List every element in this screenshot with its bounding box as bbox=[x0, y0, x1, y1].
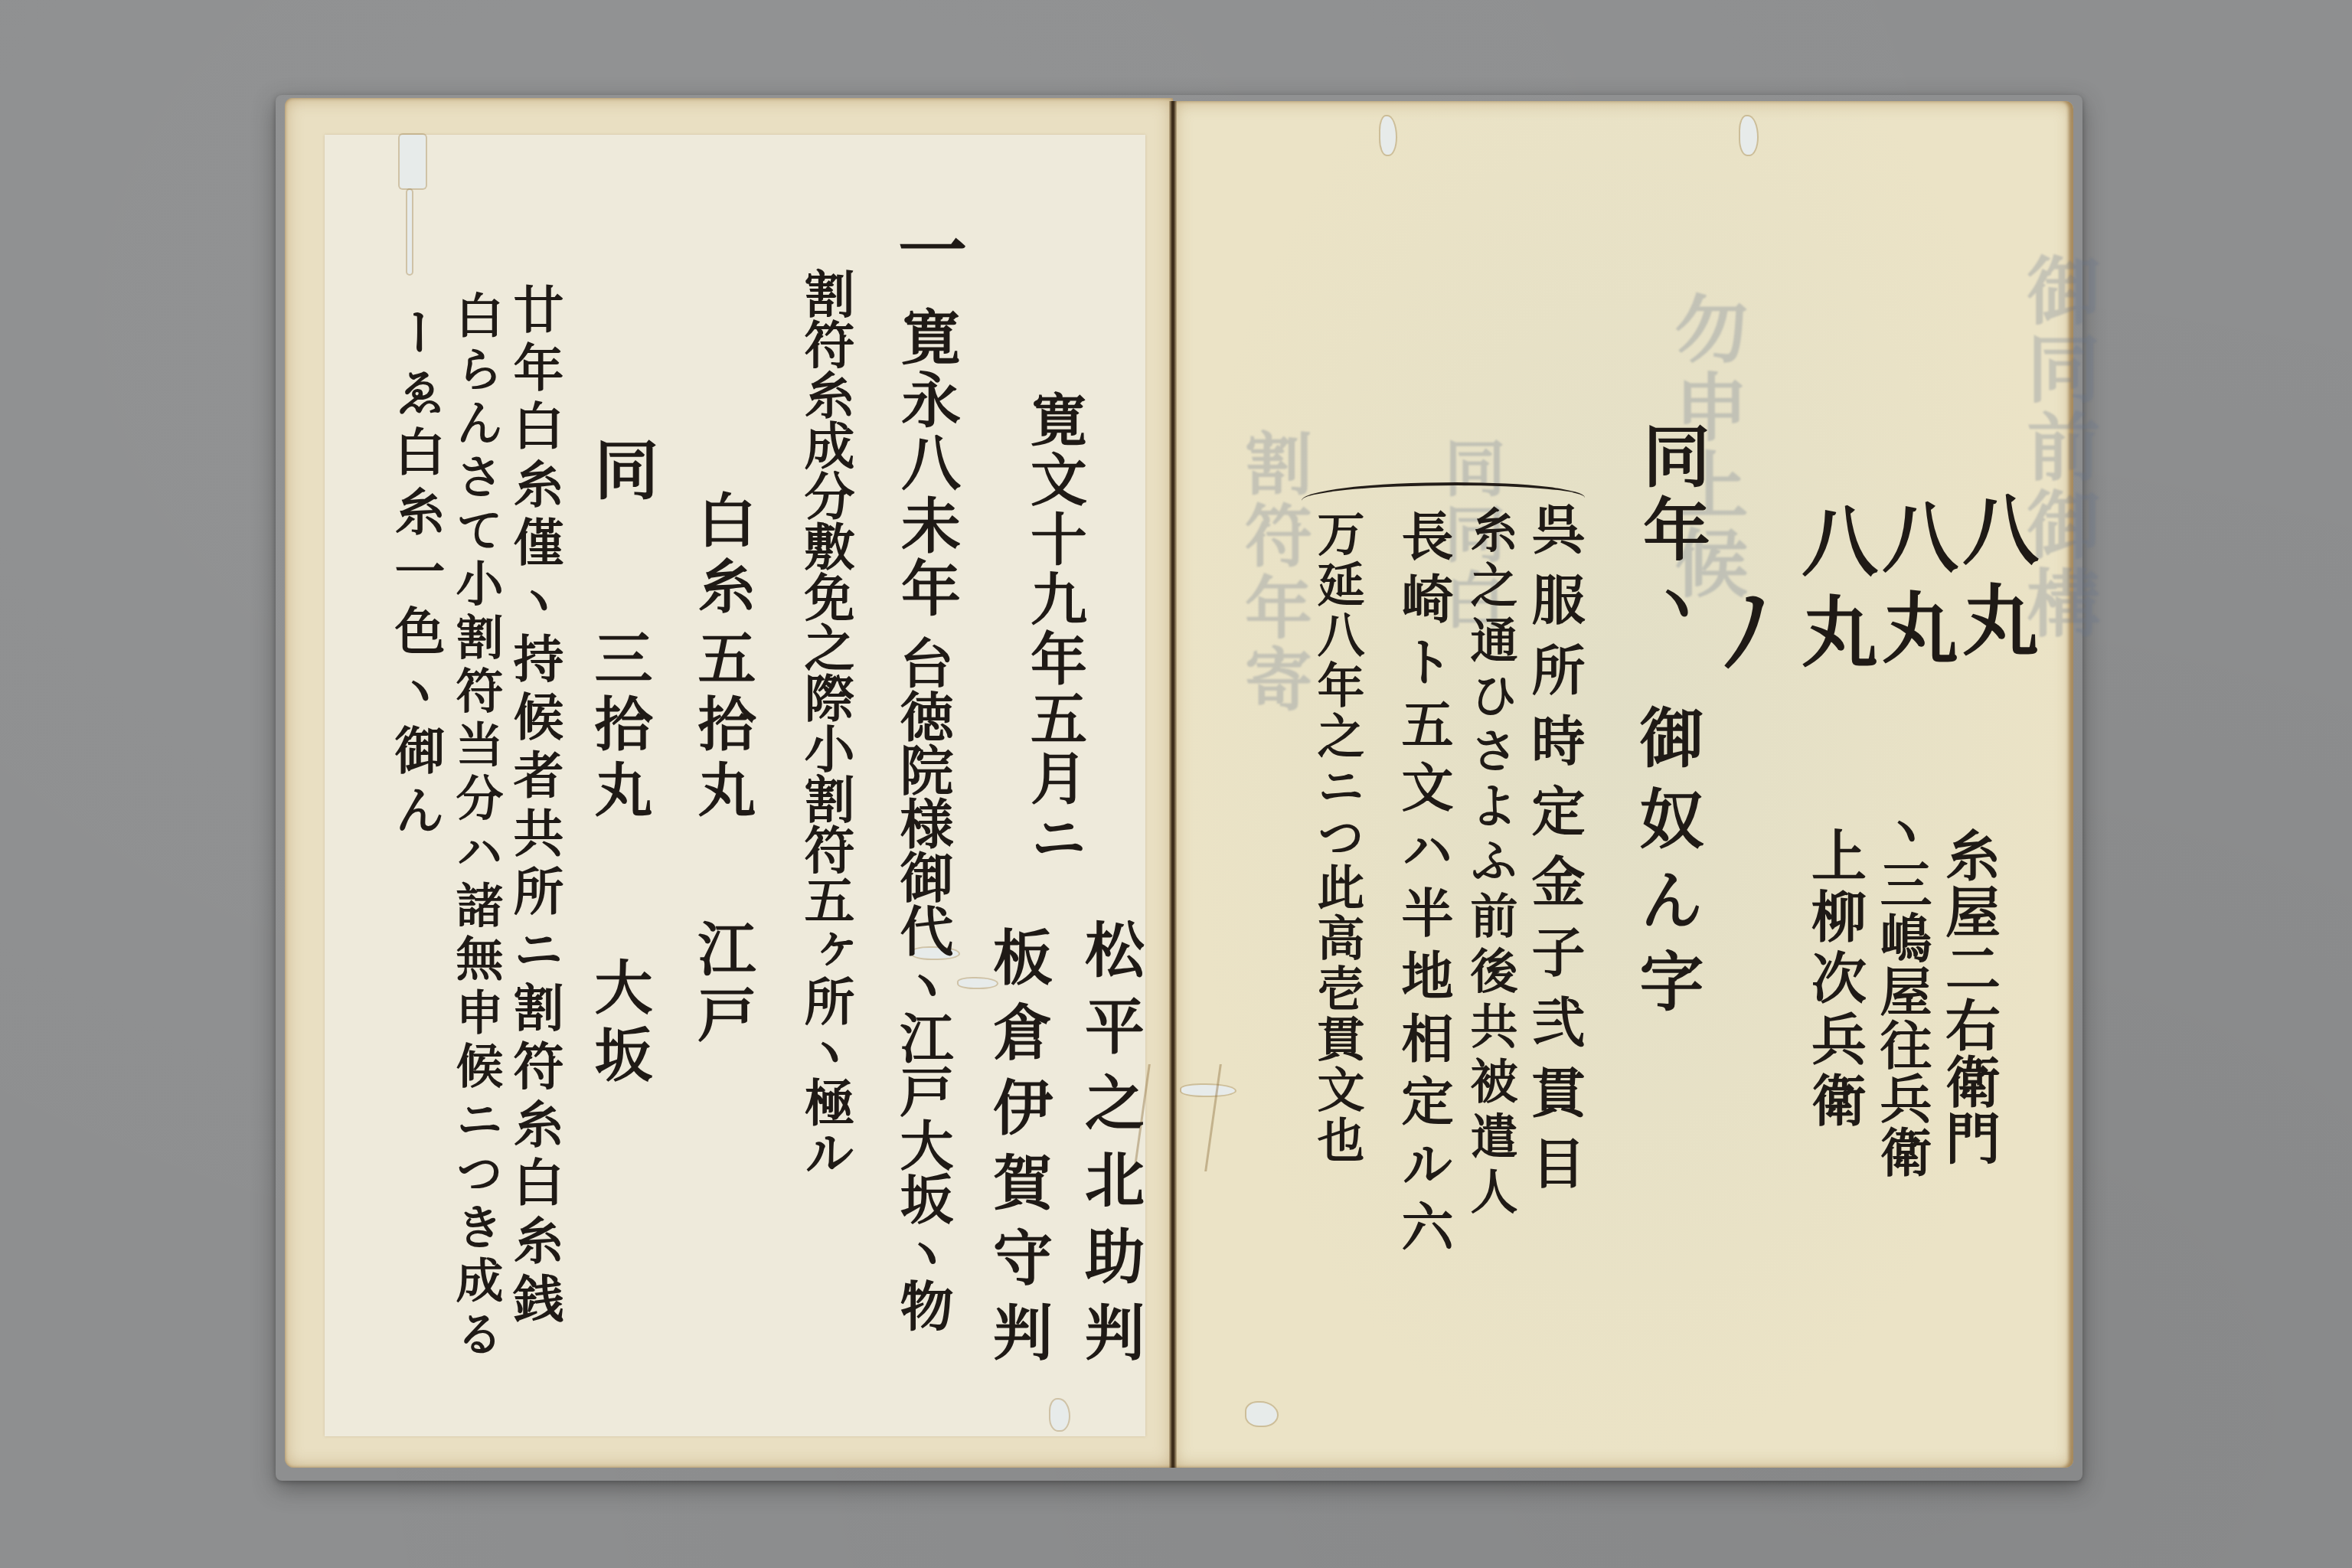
text-column: 割符糸成分敷免之際小割符五ヶ所ヽ極ル bbox=[800, 268, 851, 1178]
text-column: 糸之通ひさよふ前後共被遣人 bbox=[1466, 505, 1514, 1222]
section-marker: 一 bbox=[892, 214, 961, 283]
paper-repair-patch bbox=[400, 135, 426, 188]
paper-damage-streak bbox=[407, 190, 412, 274]
text-column: 長崎ト五文ハ半地相定ル六 bbox=[1397, 509, 1449, 1263]
text-column: 御奴ん字 bbox=[1635, 704, 1699, 1029]
text-column: 三拾丸 bbox=[590, 628, 648, 825]
text-column: 白らんさて小割符当分ハ諸無申候ニつき成る bbox=[452, 291, 499, 1363]
text-column: 八丸 bbox=[1876, 498, 1952, 678]
text-column: 台徳院様御代ヽ江戸大坂ヽ物 bbox=[896, 635, 949, 1332]
text-column: ヽ三嶋屋往兵衛 bbox=[1876, 804, 1928, 1179]
text-column: 呉服所時定金子弐貫目 bbox=[1527, 501, 1581, 1206]
text-column: 上柳次兵衛 bbox=[1807, 827, 1862, 1133]
text-column: 同 bbox=[590, 436, 654, 501]
text-column: 廿年白糸僅ヽ持候者共所ニ割符糸白糸銭 bbox=[509, 283, 560, 1331]
text-column: 寛永八未年 bbox=[896, 306, 955, 620]
bleed-through-text: 割符年寄 bbox=[1240, 429, 1308, 717]
text-column: 八丸 bbox=[1956, 490, 2033, 671]
text-column: 同年ヽ bbox=[1638, 421, 1706, 642]
text-column: 糸屋二右衛門 bbox=[1941, 827, 1996, 1167]
text-column: 万延八年之ニつ此高壱貫文也 bbox=[1313, 509, 1361, 1166]
text-column: 寛文十九年五月ニ bbox=[1026, 390, 1083, 868]
text-column: 松平之北助判 bbox=[1080, 919, 1139, 1378]
wormhole-damage bbox=[1740, 116, 1757, 155]
text-column: 江戸 bbox=[693, 919, 751, 1050]
wormhole-damage bbox=[1050, 1400, 1069, 1430]
text-column: 八丸 bbox=[1795, 501, 1872, 682]
text-column: 五拾丸 bbox=[693, 628, 751, 825]
wormhole-damage bbox=[1246, 1403, 1277, 1426]
text-column: ーゑ白糸一色ヽ御ん bbox=[390, 306, 441, 844]
binding-thread bbox=[1133, 1064, 1222, 1171]
text-column: 大坂 bbox=[590, 957, 648, 1092]
book-gutter bbox=[1169, 101, 1177, 1468]
text-column: 板倉伊賀守判 bbox=[988, 926, 1047, 1377]
text-column: 白糸 bbox=[693, 490, 751, 622]
wormhole-damage bbox=[1380, 116, 1396, 155]
